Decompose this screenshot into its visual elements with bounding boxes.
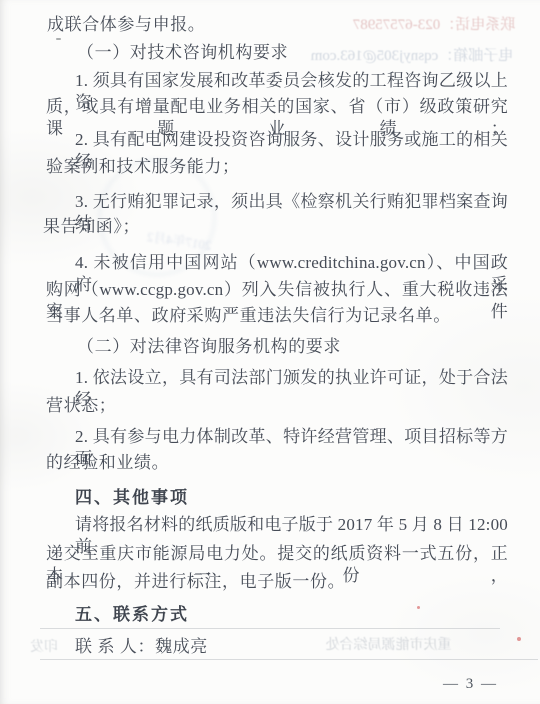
body-line: 的经验和业绩。 <box>46 452 169 474</box>
body-line: 当事人名单、政府采购严重违法失信行为记录名单。 <box>46 305 451 327</box>
page-number: — 3 — <box>443 676 498 693</box>
body-line: 验案例和技术服务能力； <box>46 156 240 178</box>
bleedthrough-email-text: 电子邮箱：cqsnyj305@163.com <box>298 44 526 65</box>
body-line: 成联合体参与申报。 <box>47 14 205 36</box>
ink-speck <box>56 38 61 40</box>
bleedthrough-phone-text: 联系电话：023-67575987 <box>330 13 538 34</box>
body-line: 1. 依法设立，具有司法部门颁发的执业许可证，处于合法经 <box>75 367 508 411</box>
red-speck <box>417 606 420 609</box>
bleedthrough-print-text: 印发 <box>14 636 74 656</box>
body-line: 营状态； <box>46 395 116 417</box>
scanned-document-page: 联系电话：023-67575987 电子邮箱：cqsnyj305@163.com… <box>0 0 540 704</box>
red-speck <box>517 637 521 641</box>
contact-person-line: 联 系 人：魏成亮 <box>75 636 208 658</box>
sub-section-heading: （二）对法律咨询服务机构的要求 <box>77 336 341 358</box>
section-heading: 五、联系方式 <box>75 604 189 626</box>
faint-rule <box>40 659 538 660</box>
body-line: 果告知函》； <box>43 216 140 238</box>
faint-rule <box>40 628 500 629</box>
sub-section-heading: （一）对技术咨询机构要求 <box>77 42 288 64</box>
body-line: 副本四份，并进行标注，电子版一份。 <box>46 571 345 593</box>
section-heading: 四、其他事项 <box>75 487 189 509</box>
bleedthrough-office-text: 重庆市能源局综合处 <box>286 634 491 654</box>
